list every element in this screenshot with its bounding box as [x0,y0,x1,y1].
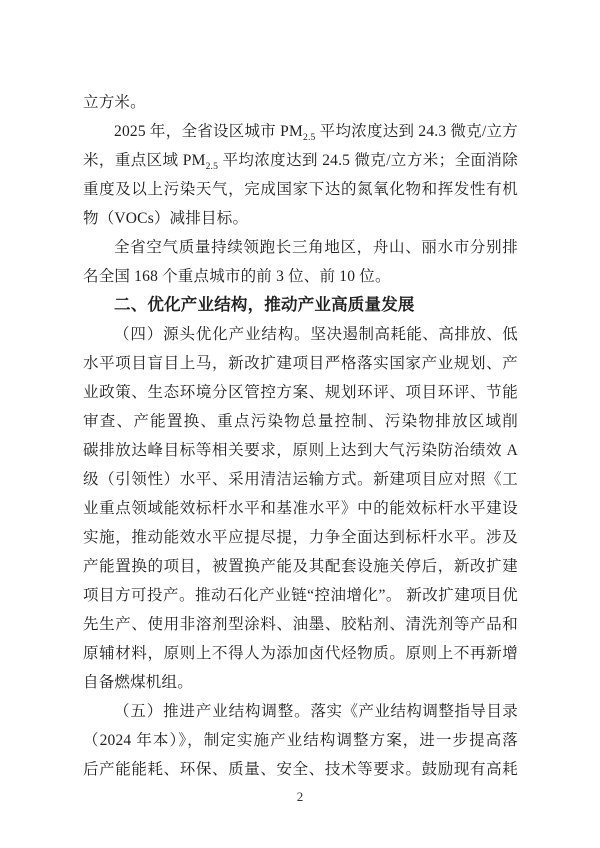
text-line: 先生产、使用非溶剂型涂料、油墨、胶粘剂、清洗剂等产品和 [83,610,518,639]
text-segment: 业政策、生态环境分区管控方案、规划环评、项目环评、节能 [83,384,518,401]
text-segment: 碳排放达峰目标等相关要求，原则上达到大气污染防治绩效 A [83,442,518,459]
text-line: 产能置换的项目，被置换产能及其配套设施关停后，新改扩建 [83,552,518,581]
text-line: 原辅材料，原则上不得人为添加卤代烃物质。原则上不再新增 [83,639,518,668]
text-segment: 后产能能耗、环保、质量、安全、技术等要求。鼓励现有高耗 [83,761,518,778]
text-line: 米，重点区域 PM2.5 平均浓度达到 24.5 微克/立方米；全面消除 [83,146,518,175]
subscript-text: 2.5 [206,161,219,172]
clause-label: （四）源头优化产业结构。 [114,326,311,343]
text-line: （2024 年本）》，制定实施产业结构调整方案，进一步提高落 [83,726,518,755]
text-line: 实施，推动能效水平应提尽提，力争全面达到标杆水平。涉及 [83,523,518,552]
text-segment: 立方米。 [83,94,146,111]
text-segment: 原辅材料，原则上不得人为添加卤代烃物质。原则上不再新增 [83,645,518,662]
text-segment: 审查、产能置换、重点污染物总量控制、污染物排放区域削减、 [83,413,518,436]
text-line: （四）源头优化产业结构。坚决遏制高耗能、高排放、低 [83,320,518,349]
document-body: 立方米。2025 年，全省设区城市 PM2.5 平均浓度达到 24.3 微克/立… [83,88,518,784]
text-segment: （2024 年本）》，制定实施产业结构调整方案，进一步提高落 [83,732,518,749]
text-segment: 米，重点区域 PM [83,152,206,169]
text-segment: 落实《产业结构调整指导目录 [311,703,518,720]
text-segment: 重度及以上污染天气，完成国家下达的氮氧化物和挥发性有机 [83,181,518,198]
text-line: 物（VOCs）减排目标。 [83,204,518,233]
text-line: 立方米。 [83,88,518,117]
text-line: 全省空气质量持续领跑长三角地区，舟山、丽水市分别排 [83,233,518,262]
text-line: （五）推进产业结构调整。落实《产业结构调整指导目录 [83,697,518,726]
text-segment: 先生产、使用非溶剂型涂料、油墨、胶粘剂、清洗剂等产品和 [83,616,518,633]
text-segment: 全省空气质量持续领跑长三角地区，舟山、丽水市分别排 [114,239,518,256]
document-page: 立方米。2025 年，全省设区城市 PM2.5 平均浓度达到 24.3 微克/立… [0,0,600,848]
text-segment: 二、优化产业结构，推动产业高质量发展 [114,296,415,314]
text-segment: 业重点领域能效标杆水平和基准水平》中的能效标杆水平建设 [83,500,518,517]
text-segment: 级（引领性）水平、采用清洁运输方式。新建项目应对照《工 [83,471,518,488]
text-line: 审查、产能置换、重点污染物总量控制、污染物排放区域削减、 [83,407,518,436]
text-segment: 水平项目盲目上马，新改扩建项目严格落实国家产业规划、产 [83,355,518,372]
text-segment: 自备燃煤机组。 [83,674,193,691]
section-heading: 二、优化产业结构，推动产业高质量发展 [83,291,518,320]
text-segment: 平均浓度达到 24.3 微克/立方 [316,123,518,140]
text-segment: 平均浓度达到 24.5 微克/立方米；全面消除 [218,152,518,169]
text-segment: 坚决遏制高耗能、高排放、低 [311,326,518,343]
text-line: 重度及以上污染天气，完成国家下达的氮氧化物和挥发性有机 [83,175,518,204]
text-segment: 2025 年，全省设区城市 PM [114,123,303,140]
text-segment: 产能置换的项目，被置换产能及其配套设施关停后，新改扩建 [83,558,518,575]
text-line: 项目方可投产。推动石化产业链“控油增化”。 新改扩建项目优 [83,581,518,610]
text-line: 业重点领域能效标杆水平和基准水平》中的能效标杆水平建设 [83,494,518,523]
text-line: 2025 年，全省设区城市 PM2.5 平均浓度达到 24.3 微克/立方 [83,117,518,146]
text-line: 后产能能耗、环保、质量、安全、技术等要求。鼓励现有高耗 [83,755,518,784]
text-segment: 实施，推动能效水平应提尽提，力争全面达到标杆水平。涉及 [83,529,518,546]
text-segment: 物（VOCs）减排目标。 [83,210,248,227]
text-line: 自备燃煤机组。 [83,668,518,697]
text-line: 名全国 168 个重点城市的前 3 位、前 10 位。 [83,262,518,291]
text-line: 碳排放达峰目标等相关要求，原则上达到大气污染防治绩效 A [83,436,518,465]
subscript-text: 2.5 [303,132,316,143]
text-segment: 名全国 168 个重点城市的前 3 位、前 10 位。 [83,268,391,285]
text-line: 业政策、生态环境分区管控方案、规划环评、项目环评、节能 [83,378,518,407]
text-line: 级（引领性）水平、采用清洁运输方式。新建项目应对照《工 [83,465,518,494]
text-segment: 项目方可投产。推动石化产业链“控油增化”。 新改扩建项目优 [83,587,518,604]
clause-label: （五）推进产业结构调整。 [114,703,311,720]
page-number: 2 [0,789,600,805]
text-line: 水平项目盲目上马，新改扩建项目严格落实国家产业规划、产 [83,349,518,378]
